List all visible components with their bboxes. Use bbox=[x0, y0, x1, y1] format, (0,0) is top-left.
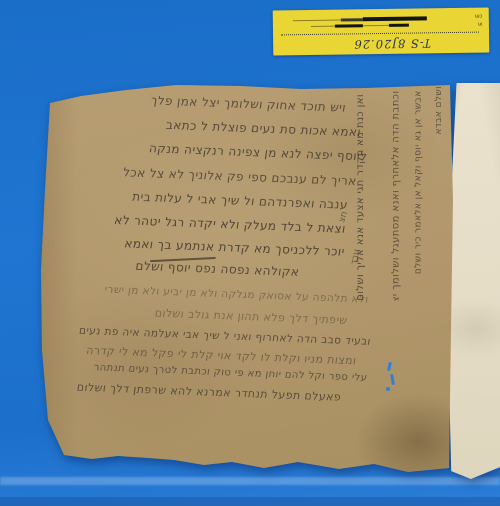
manuscript-line: ויש תוכד אחוק ושלומך יצל אמן פלך bbox=[150, 93, 347, 114]
margin-column: וכתבת הדה אלאחרף ואנא מסתעגל ושלומך יצל bbox=[391, 91, 406, 301]
blue-ink-speck bbox=[386, 387, 390, 391]
manuscript-line: שיפתיך דלך פלא תהון אנת גולב ושלום bbox=[154, 307, 349, 327]
margin-column: ואן כנת מא תקדר תגי אצעד אנא אליך ושלום bbox=[355, 94, 370, 329]
scale-segment bbox=[363, 25, 389, 26]
manuscript-line: ליוסף יפצה לנא מן צפינה רנקציה מנקה bbox=[148, 141, 368, 163]
manuscript-line: וצאת ל בלד מעלק ולא יקדה רגל יטהר לא bbox=[113, 213, 346, 236]
manuscript-line: יוכר ללכניסך מא קדרת אנתמע בך ואמא bbox=[123, 236, 345, 258]
main-text-block: ויש תוכד אחוק ושלומך יצל אמן פלך ואמא אכ… bbox=[60, 84, 383, 431]
scale-segment bbox=[335, 24, 363, 27]
inch-scale-bar bbox=[311, 24, 409, 28]
manuscript-line: ולא תלהפה על אסואק מגלקה ולא מן יביע ולא… bbox=[104, 284, 370, 306]
scale-segment bbox=[311, 26, 335, 27]
manuscript-fragment: ויש תוכד אחוק ושלומך יצל אמן פלך ואמא אכ… bbox=[36, 80, 500, 480]
unit-label-cm: cm bbox=[475, 13, 483, 18]
manuscript-line: ענבה ואפרנדהם ול שיך אבי ל עלות בית bbox=[132, 190, 350, 212]
backing-strip bbox=[447, 83, 500, 479]
manuscript-line: ואמא אכות סת נעים פוצלת ל כתאב bbox=[165, 118, 362, 139]
margin-column: ושלם אבדא bbox=[434, 86, 449, 171]
unit-label-in: in bbox=[478, 21, 483, 26]
manuscript-line: אקולהא נפסה נפס יוסף ושלם bbox=[135, 259, 301, 279]
scale-segment bbox=[363, 16, 427, 21]
manuscript-line: אריך לם ענבכם ספי פק אלוניך לא צל אכל bbox=[123, 165, 358, 188]
margin-column: אבשר אן גא יוסף וקאל אן אלאמר כיר ושלם bbox=[414, 91, 429, 291]
scale-card: cm in T-S 8J20.26 bbox=[273, 7, 490, 55]
cm-scale-bar bbox=[293, 16, 427, 22]
manuscript-line: פאעלם תפעל תנחדר אמרנא להא שרפתן דלך ושל… bbox=[76, 381, 342, 404]
backdrop-shadow-band bbox=[0, 497, 500, 506]
scale-segment bbox=[341, 18, 363, 21]
classmark-label: T-S 8J20.26 bbox=[328, 34, 456, 52]
scale-segment bbox=[293, 19, 341, 21]
scale-segment bbox=[389, 24, 409, 27]
